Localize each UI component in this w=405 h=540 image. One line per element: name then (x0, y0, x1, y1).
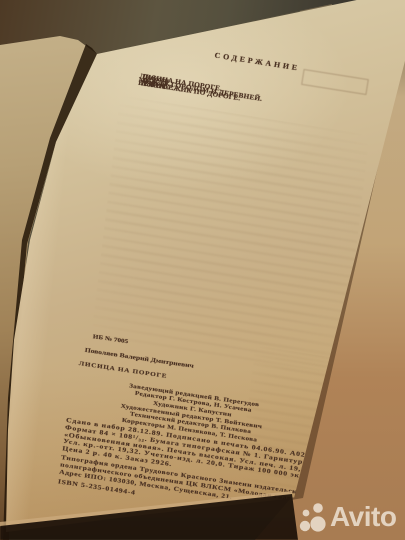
avito-logo-icon (298, 500, 330, 536)
avito-watermark: Avito (296, 497, 404, 539)
showthrough-text-overlay (91, 95, 370, 380)
avito-wordmark: Avito (330, 497, 396, 537)
book-photo: СОДЕРЖАНИЕ ЛИСИЦА НА ПОРОГЕ. Повесть . .… (0, 0, 405, 540)
